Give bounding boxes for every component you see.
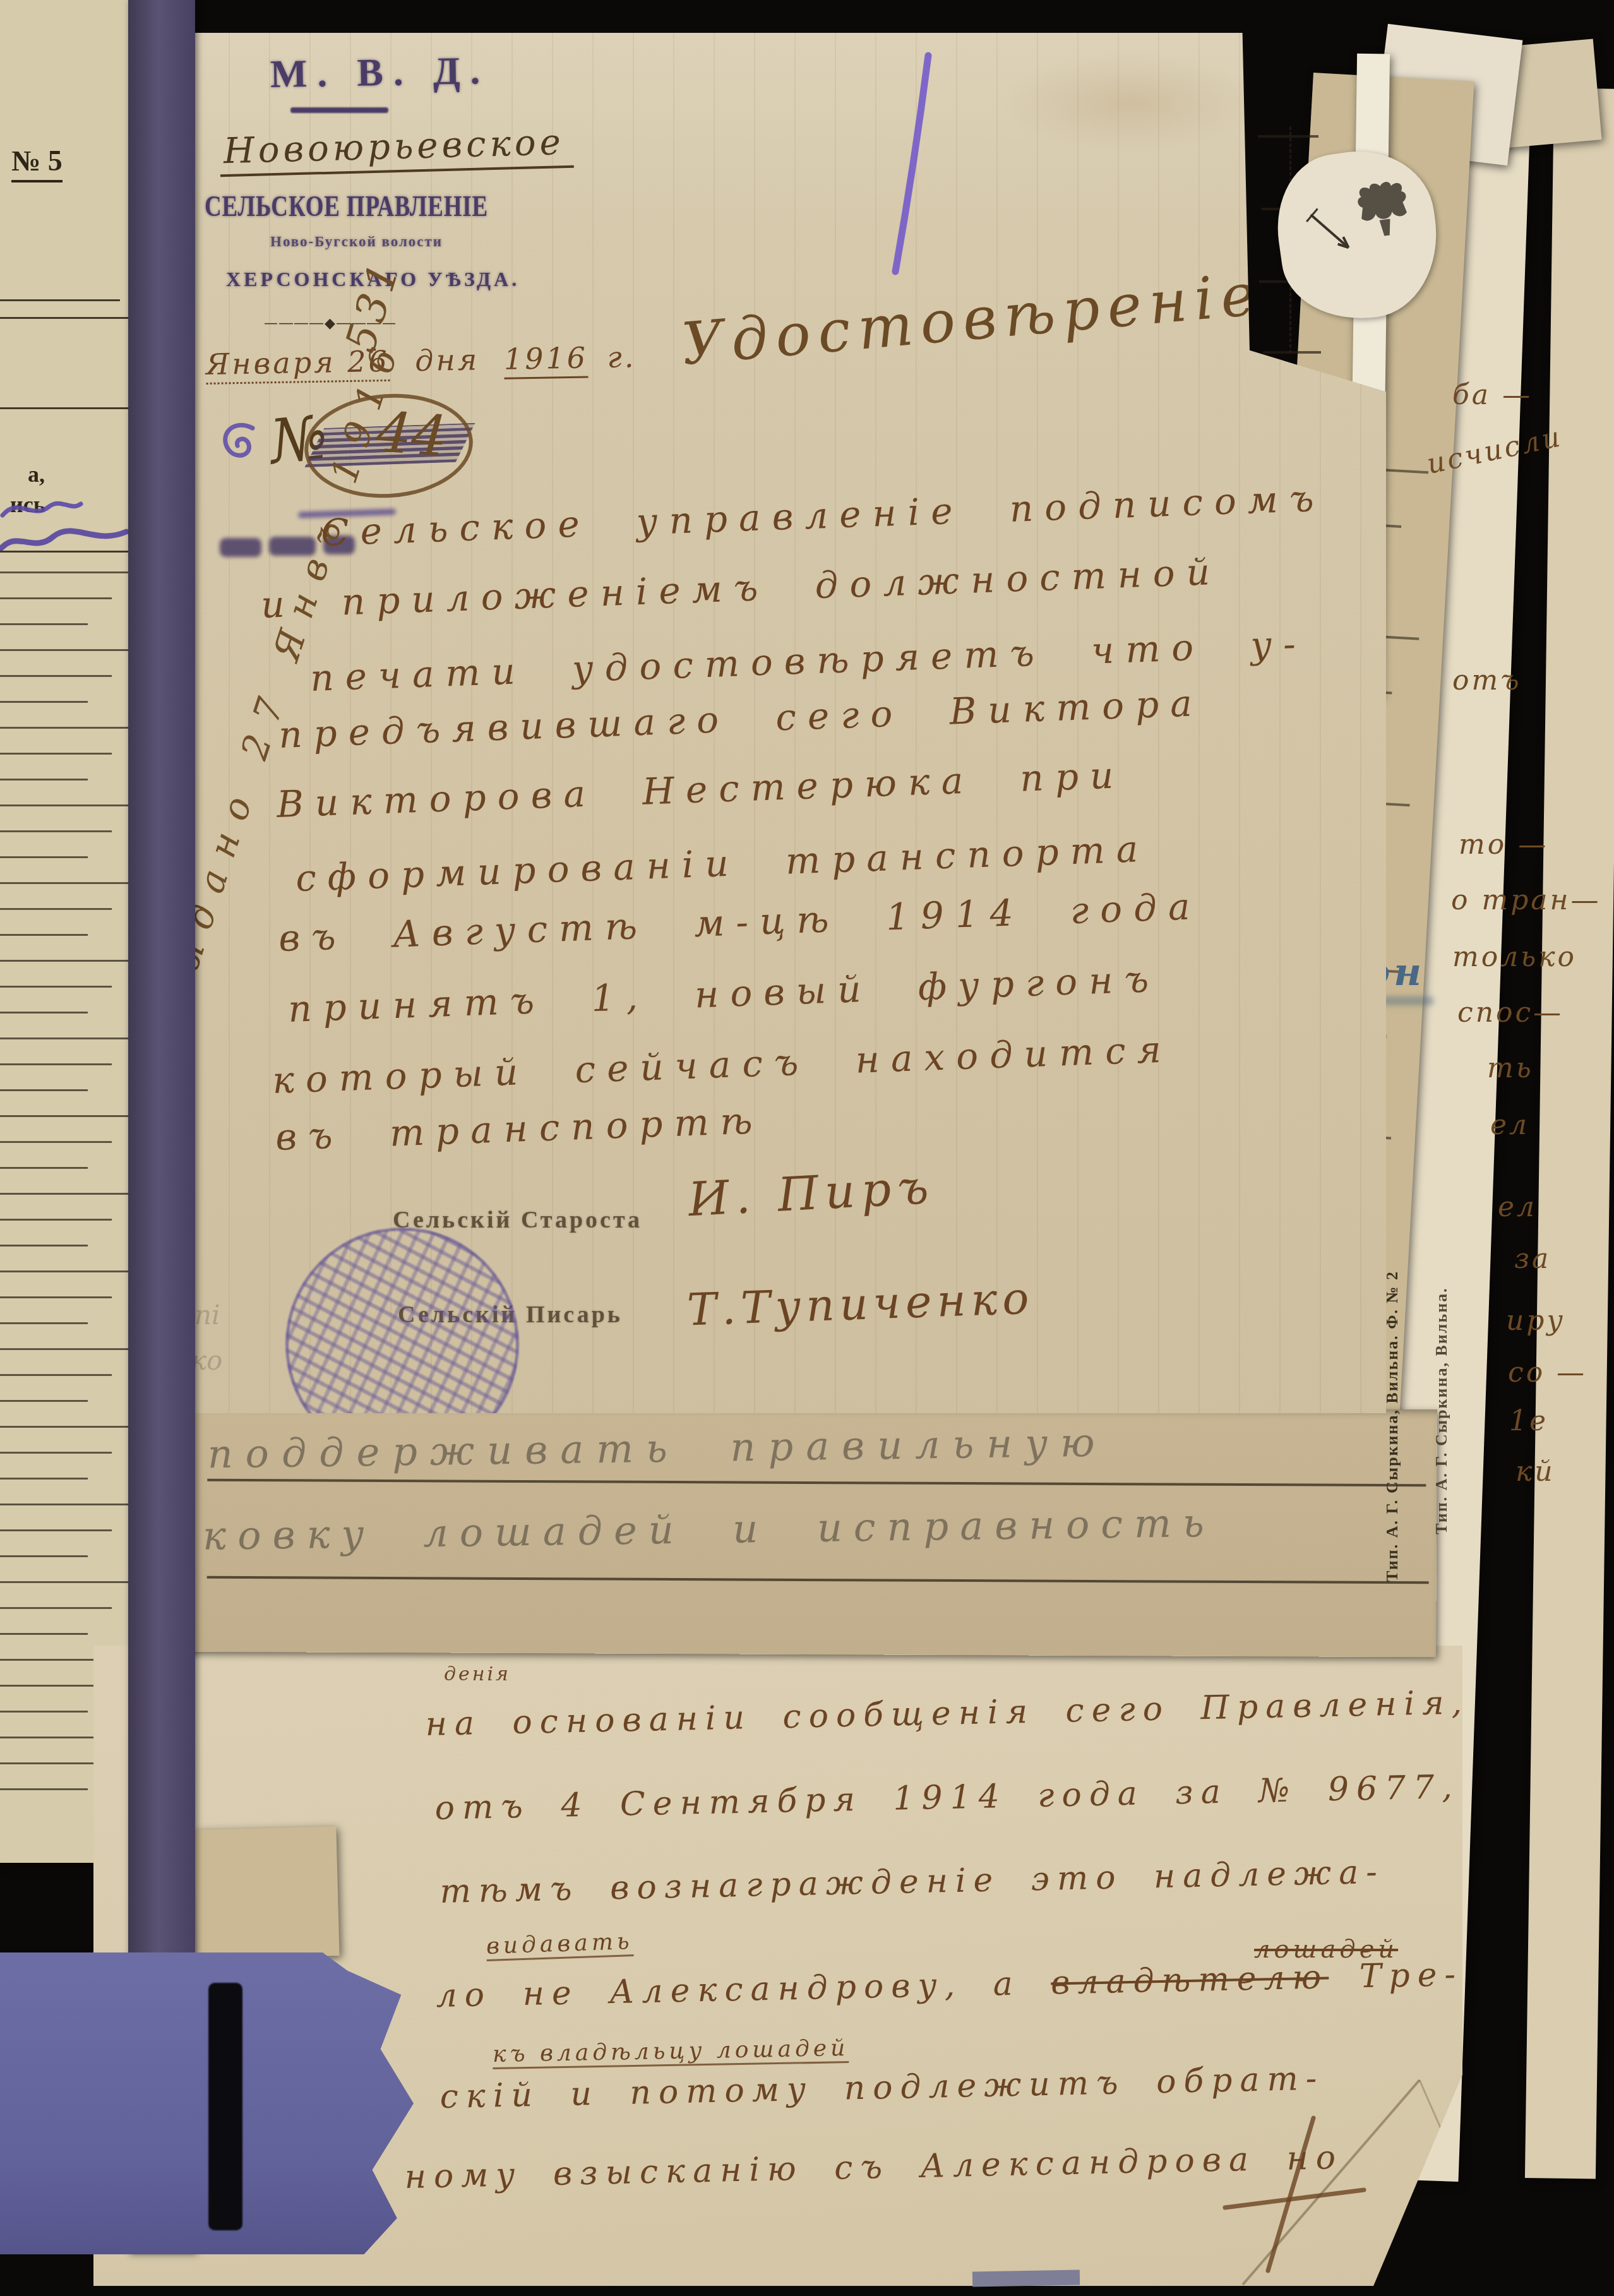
ruled-line bbox=[0, 1555, 88, 1557]
resolution-line: тѣмъ вознагражденіе это надлежа- bbox=[439, 1853, 1385, 1911]
resolution-line: ло не Александрову, а владѣтелю Тре- bbox=[436, 1956, 1464, 2015]
body-line: Викторова Нестерюка при bbox=[276, 753, 1125, 826]
document-title: Удостовѣреніе bbox=[679, 260, 1265, 378]
ruled-line bbox=[0, 571, 136, 573]
smudged-stamp-blob bbox=[220, 538, 261, 557]
starosta-stamped-label: Сельскій Староста bbox=[393, 1206, 642, 1234]
grey-paper-sliver bbox=[972, 2270, 1080, 2287]
ruled-line bbox=[0, 1296, 112, 1298]
resolution-line: отъ 4 Сентября 1914 года за № 9677, межъ bbox=[434, 1764, 1614, 1827]
strip-rule bbox=[207, 1576, 1429, 1584]
body-line: сформированіи транспорта bbox=[295, 827, 1150, 900]
certificate-page: М. В. Д. Новоюрьевское СЕЛЬСКОЕ ПРАВЛЕНІ… bbox=[189, 33, 1386, 1413]
edge-text-fragment: иру bbox=[1506, 1305, 1565, 1337]
stamp-ministry: М. В. Д. bbox=[270, 49, 490, 97]
pencil-note-line: поддерживать правильную bbox=[207, 1420, 1108, 1478]
ruled-line bbox=[0, 1167, 88, 1169]
ruled-strip-tick bbox=[1258, 135, 1318, 138]
edge-text-fragment: спос— bbox=[1457, 996, 1563, 1029]
ruled-line bbox=[0, 1581, 136, 1583]
ruled-line bbox=[0, 1478, 88, 1480]
ruled-line bbox=[0, 1529, 112, 1531]
resolution-line: на основаніи сообщенія сего Правленія, bbox=[425, 1683, 1470, 1743]
form-rule bbox=[0, 299, 120, 301]
ruled-line bbox=[0, 1607, 112, 1609]
ruled-line bbox=[0, 1115, 136, 1117]
pencil-edge-fragment: пі bbox=[194, 1300, 220, 1330]
ruled-line bbox=[0, 1037, 136, 1039]
ruled-line bbox=[0, 1063, 112, 1065]
date-year: 1916 bbox=[503, 340, 588, 379]
edge-text-fragment: ел bbox=[1490, 1109, 1529, 1141]
ruled-line bbox=[0, 753, 112, 755]
form-rule bbox=[0, 407, 136, 409]
violet-pen-curl bbox=[215, 417, 272, 474]
ruled-line bbox=[0, 649, 136, 651]
ruled-line bbox=[0, 1012, 88, 1013]
ruled-line bbox=[0, 1089, 88, 1091]
ruled-line bbox=[0, 1504, 136, 1505]
folder-black-stripe bbox=[208, 1983, 242, 2230]
edge-text-fragment: со — bbox=[1508, 1356, 1587, 1389]
ruled-line bbox=[0, 1711, 88, 1713]
ruled-line bbox=[0, 779, 88, 780]
right-cream-page-edge bbox=[1525, 88, 1614, 2179]
edge-text-fragment: только bbox=[1452, 941, 1577, 973]
ruled-line bbox=[0, 1788, 88, 1790]
ruled-line bbox=[0, 1348, 136, 1350]
starosta-signature: И. Пиръ bbox=[687, 1160, 936, 1227]
pencil-note-line: ковку лошадей и исправность bbox=[203, 1500, 1216, 1559]
stamp-org-line1: СЕЛЬСКОЕ ПРАВЛЕНІЕ bbox=[205, 188, 488, 223]
folder-spine bbox=[128, 0, 195, 2254]
edge-text-fragment: ел bbox=[1498, 1191, 1537, 1223]
ruled-line bbox=[0, 908, 112, 910]
ruled-line bbox=[0, 1271, 136, 1272]
date-line: Января 26 дня 1916 г. bbox=[206, 340, 637, 381]
ruled-line bbox=[0, 1633, 88, 1635]
ruled-line bbox=[0, 830, 112, 832]
ruled-line bbox=[0, 675, 112, 677]
ruled-line bbox=[0, 1400, 88, 1402]
paper-stain bbox=[998, 52, 1263, 153]
ruled-line bbox=[0, 804, 136, 806]
tan-tab bbox=[194, 1826, 339, 1959]
line-text: ло не Александрову, а bbox=[436, 1964, 1051, 2015]
ruled-line bbox=[0, 701, 88, 703]
pen-arrow bbox=[1301, 202, 1366, 266]
pencil-edge-fragment: ко bbox=[191, 1345, 222, 1376]
pisar-signature: Т.Тупиченко bbox=[686, 1272, 1035, 1336]
body-line: Сельское управленіе подписомъ bbox=[320, 476, 1326, 554]
village-name-handwritten: Новоюрьевское bbox=[219, 122, 574, 177]
ruled-strip-tick bbox=[1263, 351, 1321, 354]
ruled-line bbox=[0, 1245, 88, 1247]
date-dnya: дня bbox=[415, 342, 480, 378]
form-rule bbox=[0, 551, 139, 553]
ruled-line bbox=[0, 1374, 112, 1376]
ruled-line bbox=[0, 934, 88, 936]
edge-text-fragment: то — bbox=[1459, 828, 1548, 861]
printed-fragment: а, bbox=[28, 461, 45, 487]
ruled-line bbox=[0, 856, 88, 858]
ruled-line bbox=[0, 1452, 112, 1454]
body-line: въ транспортѣ bbox=[275, 1099, 765, 1159]
form-number: № 5 bbox=[11, 144, 63, 182]
body-line: принятъ 1, новый фургонъ bbox=[287, 957, 1161, 1031]
edge-text-fragment: ть bbox=[1487, 1052, 1534, 1084]
body-line: и приложеніемъ должностной bbox=[260, 550, 1222, 626]
edge-text-fragment: ба — bbox=[1452, 379, 1533, 411]
body-line: который сейчасъ находится bbox=[272, 1027, 1173, 1102]
line-text: Тре- bbox=[1329, 1956, 1464, 1996]
edge-text-fragment: о тран— bbox=[1451, 884, 1601, 916]
ruled-line bbox=[0, 1141, 112, 1143]
body-line: въ Августѣ м-цѣ 1914 года bbox=[278, 885, 1202, 960]
pencil-note-strip: поддерживать правильную ковку лошадей и … bbox=[184, 1404, 1437, 1658]
struck-word: владѣтелю bbox=[1051, 1958, 1329, 2002]
ruled-line bbox=[0, 986, 112, 988]
edge-text-fragment: 1е bbox=[1509, 1405, 1548, 1437]
left-form-strip: № 5 а, ись bbox=[0, 0, 131, 1863]
ruled-line bbox=[0, 597, 112, 599]
ruled-line bbox=[0, 960, 136, 962]
strip-rule bbox=[207, 1479, 1426, 1486]
ruled-line bbox=[0, 1322, 88, 1324]
ruled-line bbox=[0, 727, 136, 729]
ruled-line bbox=[0, 1219, 112, 1221]
archival-photo: { "colors": { "ink_brown": "#6b4423", "s… bbox=[0, 0, 1614, 2296]
edge-text-fragment: за bbox=[1514, 1243, 1551, 1275]
interlinear-insertion: видавать bbox=[486, 1928, 633, 1961]
stamp-org-line2: Ново-Бугской волости bbox=[270, 234, 443, 250]
ruled-line bbox=[0, 623, 88, 625]
form-rule bbox=[0, 317, 133, 319]
violet-page-mark bbox=[870, 51, 946, 278]
interlinear-insertion: къ владѣльцу лошадей bbox=[493, 2035, 849, 2069]
edge-text-fragment: кй bbox=[1515, 1456, 1555, 1488]
printer-imprint-2: Тип. А. Г. Сыркина, Вильна. bbox=[1432, 1287, 1451, 1534]
ruled-line bbox=[0, 1193, 136, 1195]
stamp-rule bbox=[290, 107, 388, 113]
ruled-line bbox=[0, 882, 136, 884]
date-g: г. bbox=[607, 340, 637, 374]
ruled-line bbox=[0, 1426, 136, 1428]
violet-signature-scribble bbox=[0, 493, 131, 568]
cut-word-fragment: денія bbox=[444, 1663, 511, 1685]
edge-text-fragment: отъ bbox=[1452, 664, 1522, 697]
folder-cover-corner bbox=[0, 1952, 414, 2254]
